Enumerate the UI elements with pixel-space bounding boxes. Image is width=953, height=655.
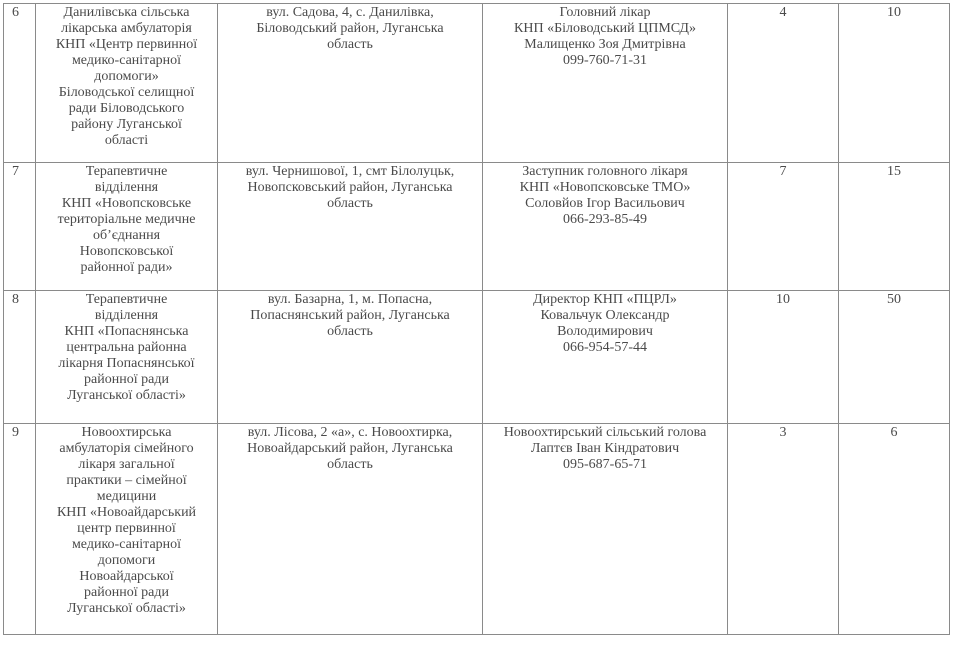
text-line: вул. Базарна, 1, м. Попасна, <box>220 292 480 308</box>
text-line: Новоайдарський район, Луганська <box>220 441 480 457</box>
text-line: ради Біловодського <box>40 101 213 117</box>
row-number: 6 <box>4 4 36 163</box>
value-b: 50 <box>839 291 950 424</box>
contact-person: Головний лікарКНП «Біловодський ЦПМСД»Ма… <box>483 4 728 163</box>
text-line: Головний лікар <box>485 5 725 21</box>
text-line: лікарня Попаснянської <box>40 356 213 372</box>
text-line: Новоайдарської <box>40 569 213 585</box>
text-line: область <box>220 457 480 473</box>
text-line: вул. Садова, 4, с. Данилівка, <box>220 5 480 21</box>
text-line: центр первинної <box>40 521 213 537</box>
facilities-table: 6 Данилівська сільськалікарська амбулато… <box>3 3 950 635</box>
value-a: 4 <box>728 4 839 163</box>
text-line: область <box>220 324 480 340</box>
text-line: Терапевтичне <box>40 292 213 308</box>
text-line: області <box>40 133 213 149</box>
facility-name: Новоохтирськаамбулаторія сімейноголікаря… <box>36 424 218 635</box>
value-b: 6 <box>839 424 950 635</box>
text-line: об’єднання <box>40 228 213 244</box>
text-line: область <box>220 196 480 212</box>
text-line: Новопсковської <box>40 244 213 260</box>
text-line: КНП «Попаснянська <box>40 324 213 340</box>
text-line: Заступник головного лікаря <box>485 164 725 180</box>
facility-name: ТерапевтичневідділенняКНП «Попаснянськац… <box>36 291 218 424</box>
text-line: відділення <box>40 180 213 196</box>
text-line: територіальне медичне <box>40 212 213 228</box>
text-line: Терапевтичне <box>40 164 213 180</box>
table-row: 8 ТерапевтичневідділенняКНП «Попаснянськ… <box>4 291 950 424</box>
facility-address: вул. Чернишової, 1, смт Білолуцьк,Новопс… <box>218 163 483 291</box>
text-line: Данилівська сільська <box>40 5 213 21</box>
row-number: 9 <box>4 424 36 635</box>
value-b: 15 <box>839 163 950 291</box>
text-line: КНП «Центр первинної <box>40 37 213 53</box>
text-line: 099-760-71-31 <box>485 53 725 69</box>
text-line: вул. Лісова, 2 «а», с. Новоохтирка, <box>220 425 480 441</box>
text-line: Володимирович <box>485 324 725 340</box>
contact-person: Директор КНП «ПЦРЛ»Ковальчук ОлександрВо… <box>483 291 728 424</box>
text-line: відділення <box>40 308 213 324</box>
text-line: Лаптєв Іван Кіндратович <box>485 441 725 457</box>
facility-address: вул. Садова, 4, с. Данилівка,Біловодськи… <box>218 4 483 163</box>
text-line: Біловодської селищної <box>40 85 213 101</box>
text-line: Новопсковський район, Луганська <box>220 180 480 196</box>
text-line: Малищенко Зоя Дмитрівна <box>485 37 725 53</box>
text-line: Біловодський район, Луганська <box>220 21 480 37</box>
text-line: 066-954-57-44 <box>485 340 725 356</box>
text-line: КНП «Новопсковське ТМО» <box>485 180 725 196</box>
text-line: районної ради <box>40 372 213 388</box>
table-body: 6 Данилівська сільськалікарська амбулато… <box>4 4 950 635</box>
text-line: медико-санітарної <box>40 53 213 69</box>
text-line: лікаря загальної <box>40 457 213 473</box>
value-a: 10 <box>728 291 839 424</box>
text-line: 066-293-85-49 <box>485 212 725 228</box>
contact-person: Новоохтирський сільський головаЛаптєв Ів… <box>483 424 728 635</box>
facility-address: вул. Лісова, 2 «а», с. Новоохтирка,Новоа… <box>218 424 483 635</box>
table-row: 6 Данилівська сільськалікарська амбулато… <box>4 4 950 163</box>
text-line: Ковальчук Олександр <box>485 308 725 324</box>
value-a: 7 <box>728 163 839 291</box>
text-line: КНП «Новопсковське <box>40 196 213 212</box>
value-a: 3 <box>728 424 839 635</box>
text-line: КНП «Біловодський ЦПМСД» <box>485 21 725 37</box>
text-line: амбулаторія сімейного <box>40 441 213 457</box>
text-line: Соловйов Ігор Васильович <box>485 196 725 212</box>
text-line: районної ради <box>40 585 213 601</box>
facility-name: ТерапевтичневідділенняКНП «Новопсковське… <box>36 163 218 291</box>
text-line: Попаснянський район, Луганська <box>220 308 480 324</box>
text-line: району Луганської <box>40 117 213 133</box>
text-line: 095-687-65-71 <box>485 457 725 473</box>
text-line: КНП «Новоайдарський <box>40 505 213 521</box>
text-line: районної ради» <box>40 260 213 276</box>
text-line: Луганської області» <box>40 601 213 617</box>
text-line: Луганської області» <box>40 388 213 404</box>
row-number: 8 <box>4 291 36 424</box>
text-line: допомоги» <box>40 69 213 85</box>
table-row: 9 Новоохтирськаамбулаторія сімейноголіка… <box>4 424 950 635</box>
text-line: практики – сімейної <box>40 473 213 489</box>
row-number: 7 <box>4 163 36 291</box>
text-line: область <box>220 37 480 53</box>
text-line: Новоохтирський сільський голова <box>485 425 725 441</box>
text-line: допомоги <box>40 553 213 569</box>
text-line: Директор КНП «ПЦРЛ» <box>485 292 725 308</box>
table-row: 7 ТерапевтичневідділенняКНП «Новопсковсь… <box>4 163 950 291</box>
value-b: 10 <box>839 4 950 163</box>
facility-address: вул. Базарна, 1, м. Попасна,Попаснянськи… <box>218 291 483 424</box>
contact-person: Заступник головного лікаряКНП «Новопсков… <box>483 163 728 291</box>
text-line: Новоохтирська <box>40 425 213 441</box>
text-line: медицини <box>40 489 213 505</box>
text-line: лікарська амбулаторія <box>40 21 213 37</box>
text-line: медико-санітарної <box>40 537 213 553</box>
text-line: вул. Чернишової, 1, смт Білолуцьк, <box>220 164 480 180</box>
facility-name: Данилівська сільськалікарська амбулаторі… <box>36 4 218 163</box>
text-line: центральна районна <box>40 340 213 356</box>
